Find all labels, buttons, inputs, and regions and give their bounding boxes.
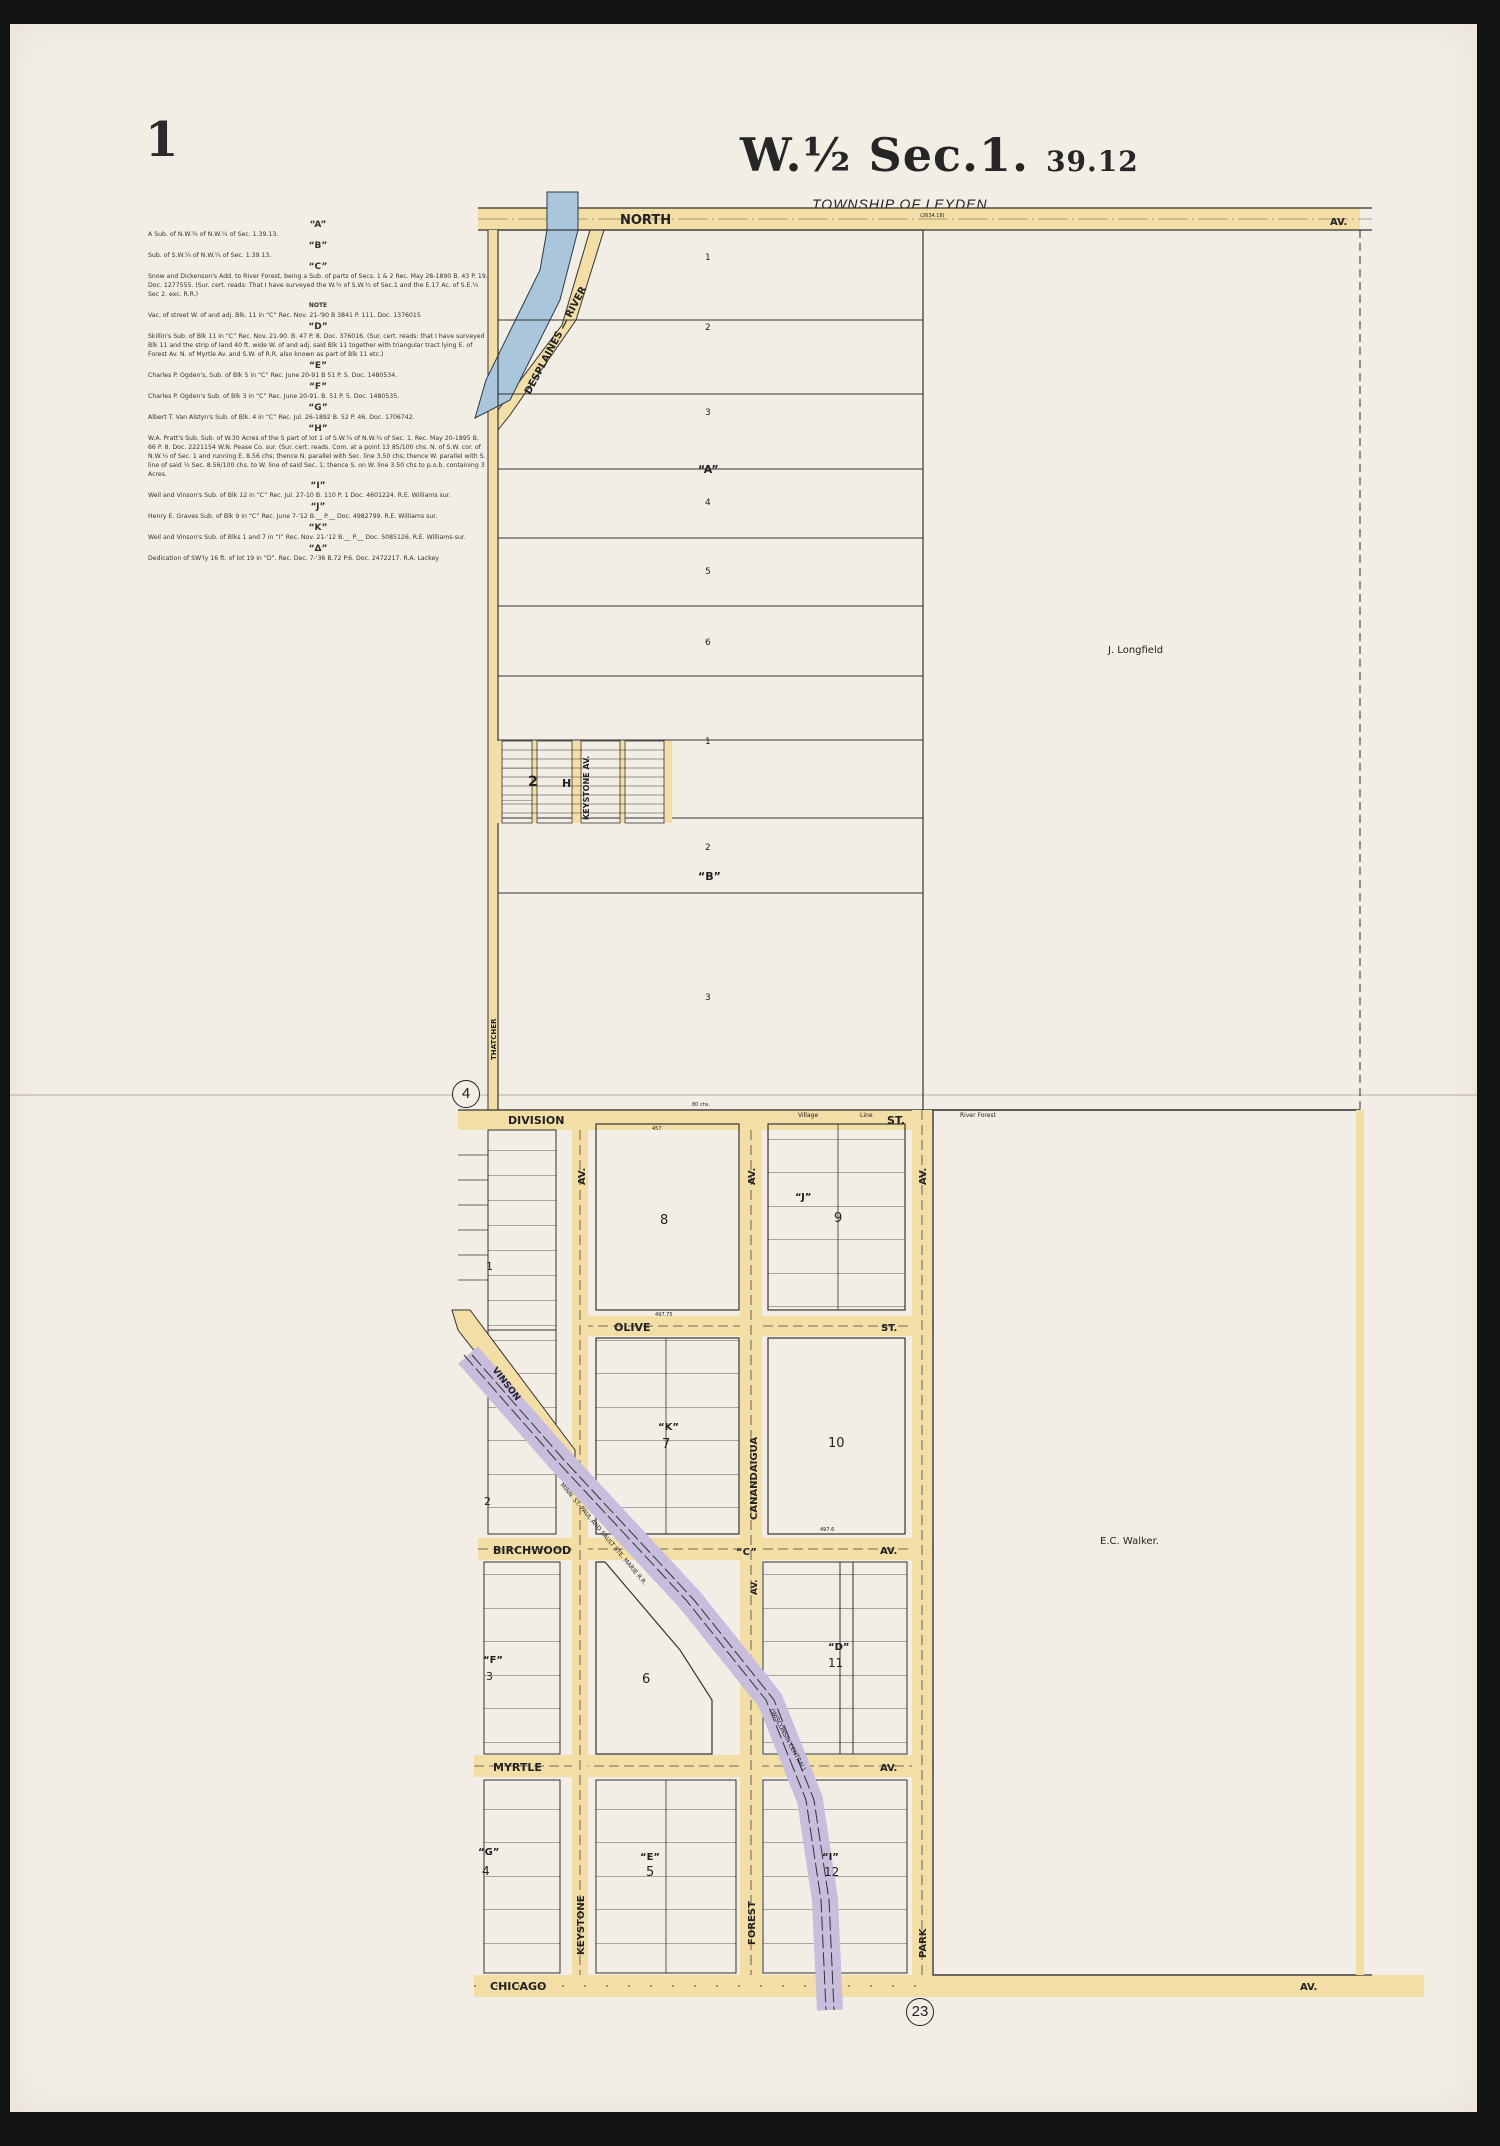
lot-a-4: 4 bbox=[705, 498, 711, 508]
lot-b-2: 2 bbox=[705, 843, 711, 853]
olive-label: OLIVE bbox=[614, 1321, 650, 1334]
keystone-av-upper-label: KEYSTONE AV. bbox=[582, 756, 591, 820]
sub-b-label: “B” bbox=[698, 870, 721, 883]
block-11-east bbox=[840, 1562, 907, 1754]
sub-k-label: “K” bbox=[658, 1422, 679, 1433]
lot-a-2: 2 bbox=[705, 323, 711, 333]
north-dist-label: (2634.18) bbox=[920, 213, 945, 219]
sub-i-label: “I” bbox=[822, 1852, 839, 1863]
sub-h-block-2: 2 bbox=[528, 774, 538, 790]
division-label: DIVISION bbox=[508, 1114, 564, 1127]
sub-d-label: “D” bbox=[828, 1642, 849, 1653]
page-ref-bottom[interactable]: 23 bbox=[906, 1998, 934, 2026]
block-10-bottom: 497.6 bbox=[820, 1527, 834, 1533]
sub-g-label: “G” bbox=[478, 1847, 499, 1858]
block-12-label: 12 bbox=[824, 1865, 839, 1879]
block-1-label: 1 bbox=[486, 1260, 493, 1273]
block-2-label: 2 bbox=[484, 1495, 491, 1508]
plat-map: NORTH AV. (2634.18) DESPLAINES — RIVER 1… bbox=[0, 0, 1500, 2146]
chicago-suffix: AV. bbox=[1300, 1982, 1317, 1993]
sub-h-label: H bbox=[562, 777, 571, 790]
myrtle-suffix: AV. bbox=[880, 1763, 897, 1774]
block-3-label: 3 bbox=[486, 1670, 493, 1683]
north-av-label: NORTH bbox=[620, 213, 671, 228]
lot-a-1: 1 bbox=[705, 253, 711, 263]
sub-c-label: “C” bbox=[736, 1547, 757, 1558]
keystone-label: KEYSTONE bbox=[576, 1895, 587, 1955]
block-8-label: 8 bbox=[660, 1213, 668, 1228]
sub-f-label: “F” bbox=[483, 1655, 503, 1666]
sub-a-b-parcels bbox=[498, 230, 1360, 1110]
block-9-label: 9 bbox=[834, 1211, 842, 1226]
chicago-label: CHICAGO bbox=[490, 1980, 546, 1993]
olive-suffix: ST. bbox=[881, 1323, 897, 1334]
sub-j-label: “J” bbox=[795, 1192, 811, 1203]
north-av-suffix: AV. bbox=[1330, 217, 1347, 228]
division-suffix: ST. bbox=[887, 1114, 905, 1127]
sub-e-label: “E” bbox=[640, 1852, 660, 1863]
block-6-label: 6 bbox=[642, 1672, 650, 1687]
lot-a-3: 3 bbox=[705, 408, 711, 418]
park-label: PARK bbox=[918, 1927, 929, 1958]
lot-a-6: 6 bbox=[705, 638, 711, 648]
block-8-bottom: 497.75 bbox=[655, 1312, 673, 1318]
forest-av-suffix: AV. bbox=[750, 1579, 760, 1595]
park-av-suffix: AV. bbox=[918, 1168, 929, 1185]
owner-longfield: J. Longfield bbox=[1108, 645, 1163, 656]
division-street bbox=[458, 1110, 1360, 1130]
lot-a-5: 5 bbox=[705, 567, 711, 577]
keystone-av-suffix: AV. bbox=[577, 1168, 588, 1185]
canandaigua-label: CANANDAIGUA bbox=[749, 1437, 760, 1520]
block-11-label: 11 bbox=[828, 1656, 843, 1670]
block-west-upper bbox=[458, 1130, 556, 1330]
lot-b-1: 1 bbox=[705, 737, 711, 747]
lot-b-3: 3 bbox=[705, 993, 711, 1003]
block-4-label: 4 bbox=[482, 1864, 490, 1878]
chicago-avenue bbox=[474, 1975, 1424, 1997]
block-7-label: 7 bbox=[662, 1437, 670, 1452]
block-10-label: 10 bbox=[828, 1436, 845, 1451]
birchwood-label: BIRCHWOOD bbox=[493, 1544, 571, 1557]
eighty-chs-label: 80 chs. bbox=[692, 1102, 710, 1108]
north-avenue bbox=[478, 208, 1372, 230]
line-label: Line bbox=[860, 1112, 873, 1119]
birchwood-suffix: AV. bbox=[880, 1546, 897, 1557]
river-forest-label: River Forest bbox=[960, 1112, 997, 1119]
block-8-width: 457 bbox=[652, 1126, 662, 1132]
myrtle-label: MYRTLE bbox=[493, 1761, 542, 1774]
owner-walker: E.C. Walker. bbox=[1100, 1536, 1159, 1547]
sub-a-label: “A” bbox=[698, 463, 719, 476]
thatcher-label: THATCHER bbox=[490, 1018, 498, 1060]
block-5-label: 5 bbox=[646, 1865, 654, 1880]
myrtle-avenue bbox=[474, 1755, 933, 1777]
forest-label: FOREST bbox=[747, 1901, 758, 1945]
page-ref-left[interactable]: 4 bbox=[452, 1080, 480, 1108]
canandaigua-av-top: AV. bbox=[747, 1168, 758, 1185]
village-line-label: Village bbox=[798, 1112, 818, 1119]
block-4 bbox=[484, 1780, 560, 1973]
